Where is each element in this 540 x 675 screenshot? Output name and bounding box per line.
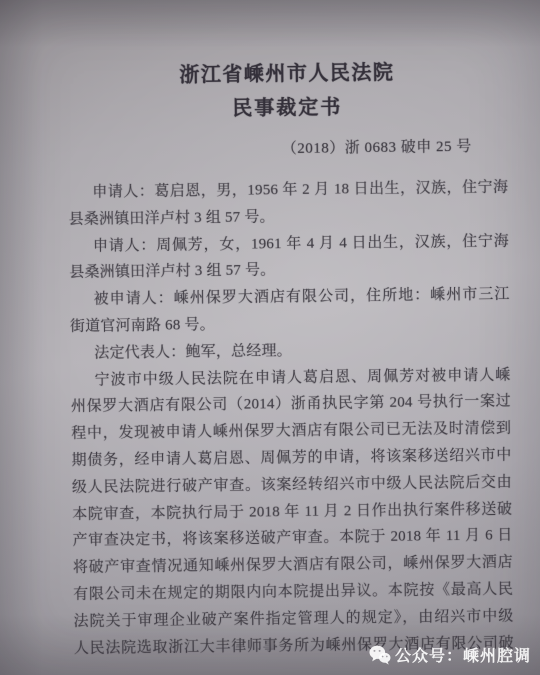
document-line: 申请人：葛启恩，男，1956 年 2 月 18 日出生，汉族，住宁海 xyxy=(68,174,508,206)
watermark: 公众号：嵊州腔调 xyxy=(369,643,531,666)
document-photo: 浙江省嵊州市人民法院 民事裁定书 （2018）浙 0683 破申 25 号 申请… xyxy=(0,0,540,675)
case-number: （2018）浙 0683 破申 25 号 xyxy=(68,135,508,162)
document-title: 民事裁定书 xyxy=(67,90,507,125)
wechat-icon xyxy=(369,645,391,665)
document-page: 浙江省嵊州市人民法院 民事裁定书 （2018）浙 0683 破申 25 号 申请… xyxy=(66,0,514,662)
document-body: 申请人：葛启恩，男，1956 年 2 月 18 日出生，汉族，住宁海县桑洲镇田洋… xyxy=(68,174,514,662)
watermark-label: 公众号：嵊州腔调 xyxy=(395,643,531,666)
document-line: 被申请人：嵊州保罗大酒店有限公司，住所地：嵊州市三江 xyxy=(69,282,509,314)
court-name: 浙江省嵊州市人民法院 xyxy=(66,0,507,92)
